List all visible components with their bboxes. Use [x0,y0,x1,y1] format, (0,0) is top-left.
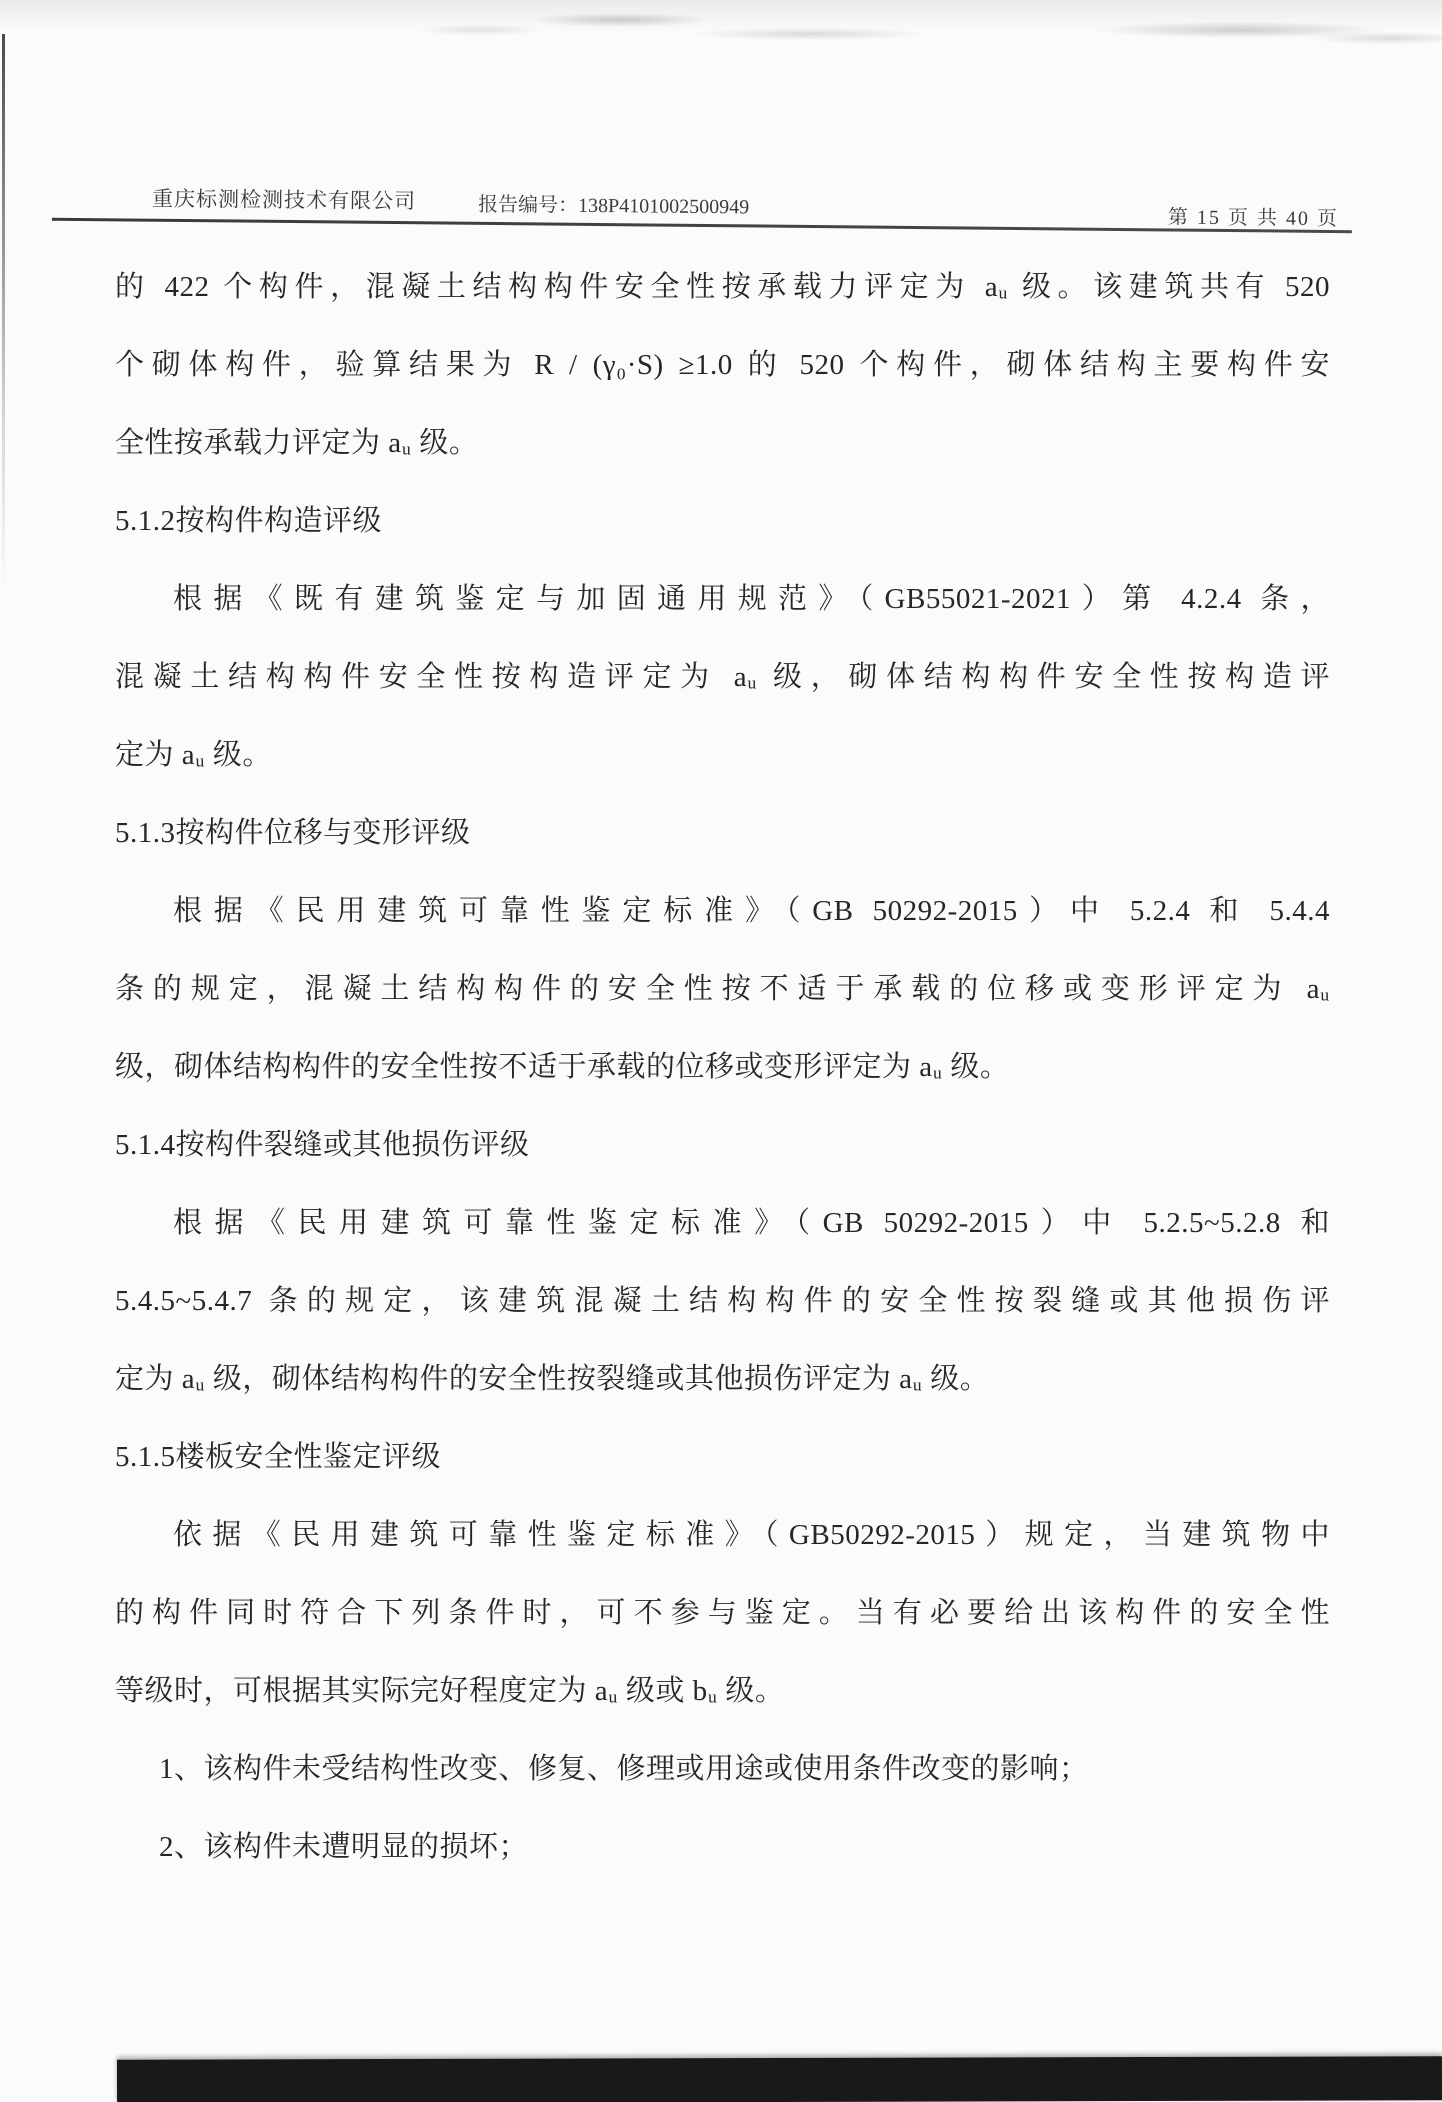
header-divider-rule [52,218,1352,233]
body-line: 等级时，可根据其实际完好程度定为 aᵤ 级或 bᵤ 级。 [115,1652,1330,1730]
section-heading: 5.1.2按构件构造评级 [115,482,1330,560]
body-line: 的 422 个构件，混凝土结构构件安全性按承载力评定为 aᵤ 级。该建筑共有 5… [115,248,1330,326]
body-line: 定为 aᵤ 级。 [115,716,1330,794]
body-line: 的构件同时符合下列条件时，可不参与鉴定。当有必要给出该构件的安全性 [115,1574,1330,1652]
body-line: 根据《民用建筑可靠性鉴定标准》（GB 50292-2015）中 5.2.5~5.… [115,1184,1330,1262]
body-line: 根据《既有建筑鉴定与加固通用规范》（GB55021-2021）第 4.2.4 条… [115,560,1330,638]
body-line: 根据《民用建筑可靠性鉴定标准》（GB 50292-2015）中 5.2.4 和 … [115,872,1330,950]
scan-artifact-top-smudge [0,0,1442,60]
section-heading: 5.1.5楼板安全性鉴定评级 [115,1418,1330,1496]
report-number: 报告编号：138P4101002500949 [478,188,749,220]
section-heading: 5.1.4按构件裂缝或其他损伤评级 [115,1106,1330,1184]
list-item: 2、该构件未遭明显的损坏； [115,1808,1330,1886]
report-number-value: 138P4101002500949 [578,195,749,219]
list-item: 1、该构件未受结构性改变、修复、修理或用途或使用条件改变的影响； [115,1730,1330,1808]
body-line: 全性按承载力评定为 aᵤ 级。 [115,404,1330,482]
report-number-label: 报告编号： [478,194,578,217]
page-indicator: 第 15 页 共 40 页 [1168,200,1339,231]
body-line: 依据《民用建筑可靠性鉴定标准》（GB50292-2015）规定，当建筑物中 [115,1496,1330,1574]
company-name: 重庆标测检测技术有限公司 [152,183,416,216]
body-line: 混凝土结构构件安全性按构造评定为 aᵤ 级，砌体结构构件安全性按构造评 [115,638,1330,716]
scan-artifact-left-edge [2,34,5,594]
document-body: 的 422 个构件，混凝土结构构件安全性按承载力评定为 aᵤ 级。该建筑共有 5… [115,248,1330,1886]
body-line: 定为 aᵤ 级，砌体结构构件的安全性按裂缝或其他损伤评定为 aᵤ 级。 [115,1340,1330,1418]
body-line: 个砌体构件，验算结果为 R / (γ₀·S) ≥1.0 的 520 个构件，砌体… [115,326,1330,404]
body-line: 5.4.5~5.4.7 条的规定，该建筑混凝土结构构件的安全性按裂缝或其他损伤评 [115,1262,1330,1340]
body-line: 级，砌体结构构件的安全性按不适于承载的位移或变形评定为 aᵤ 级。 [115,1028,1330,1106]
scan-artifact-bottom-bar [117,2056,1442,2102]
section-heading: 5.1.3按构件位移与变形评级 [115,794,1330,872]
body-line: 条的规定，混凝土结构构件的安全性按不适于承载的位移或变形评定为 aᵤ [115,950,1330,1028]
